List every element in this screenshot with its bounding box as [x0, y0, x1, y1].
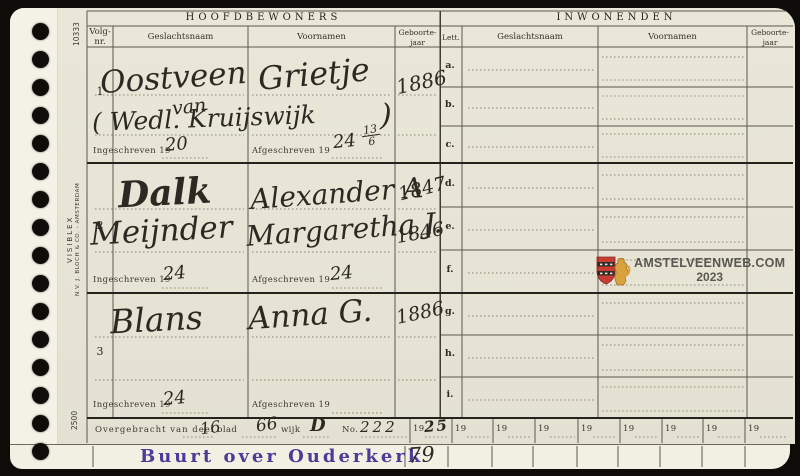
colhead-geboortejaar-left: Geboorte- jaar — [395, 28, 440, 47]
binder-hole — [32, 23, 49, 40]
label-ingeschreven-3: Ingeschreven 19 — [93, 400, 171, 410]
binder-hole — [32, 191, 49, 208]
label-ingeschreven-1: Ingeschreven 19 — [93, 146, 171, 156]
lett-c: c. — [440, 139, 460, 150]
binder-hole — [32, 303, 49, 320]
buurt-stamp: Buurt over Ouderkerk — [140, 446, 423, 467]
label-wijk: wijk — [281, 425, 300, 435]
binder-hole — [32, 163, 49, 180]
amstelveen-crest-icon — [595, 256, 631, 288]
lett-b: b. — [440, 99, 460, 110]
binder-hole — [32, 135, 49, 152]
year-cell-3-label: 19 — [496, 424, 508, 434]
label-overgebracht: Overgebracht van deel — [95, 425, 215, 435]
print-code: 2500 — [70, 411, 79, 430]
hw-year-1: 25 — [423, 416, 449, 436]
label-ingeschreven-2: Ingeschreven 19 — [93, 275, 171, 285]
hw-geslachtsnaam-3: Blans — [109, 298, 204, 342]
watermark-year: 2023 — [634, 270, 785, 284]
colhead-geboortejaar-right: Geboorte- jaar — [747, 28, 793, 47]
year-cell-7-label: 19 — [665, 424, 677, 434]
hw-ingeschreven-3: 24 — [162, 387, 187, 410]
watermark-site: AMSTELVEENWEB.COM — [634, 256, 785, 270]
binder-hole — [32, 107, 49, 124]
year-cell-6-label: 19 — [623, 424, 635, 434]
manufacturer-imprint: VISIBLEX N.V. J. BLOCH & CO. - AMSTERDAM — [66, 183, 82, 296]
binder-hole — [32, 51, 49, 68]
colhead-voornamen-left: Voornamen — [248, 33, 395, 43]
label-blad: blad — [217, 425, 237, 435]
lett-h: h. — [440, 348, 460, 359]
binder-hole — [32, 219, 49, 236]
binder-hole — [32, 247, 49, 264]
volgnr-3: 3 — [88, 345, 112, 358]
section-title-hoofdbewoners: HOOFDBEWONERS — [87, 12, 440, 23]
colhead-geslachtsnaam-left: Geslachtsnaam — [113, 33, 248, 43]
hw-geslachtsnaam-2b: Meijnder — [89, 209, 233, 252]
brand-company: N.V. J. BLOCH & CO. - AMSTERDAM — [74, 183, 82, 296]
year-cell-5-label: 19 — [581, 424, 593, 434]
label-afgeschreven-3: Afgeschreven 19 — [252, 400, 330, 410]
binder-hole — [32, 443, 49, 460]
lett-f: f. — [440, 264, 460, 275]
binder-hole — [32, 331, 49, 348]
binder-hole — [32, 359, 49, 376]
hw-blad: 66 — [255, 414, 279, 437]
hw-afgeschreven-1-datum: 13 6 — [360, 123, 381, 148]
hw-ingeschreven-1: 20 — [164, 133, 189, 156]
year-cell-8-label: 19 — [706, 424, 718, 434]
binder-hole — [32, 79, 49, 96]
hw-wijk: D — [310, 415, 326, 436]
section-title-inwonenden: INWONENDEN — [440, 12, 793, 23]
year-cell-2-label: 19 — [455, 424, 467, 434]
hw-geslachtsnaam-1-paren: ) — [380, 98, 392, 133]
label-afgeschreven-1: Afgeschreven 19 — [252, 146, 330, 156]
colhead-lett: Lett. — [439, 33, 463, 43]
colhead-volgnr: Volg- nr. — [87, 28, 113, 47]
lett-i: i. — [440, 389, 460, 400]
hw-no: 222 — [360, 418, 398, 436]
hw-strip-number: 79 — [407, 442, 435, 468]
form-number: 10333 — [72, 22, 81, 46]
binder-hole — [32, 387, 49, 404]
label-afgeschreven-2: Afgeschreven 19 — [252, 275, 330, 285]
brand-name: VISIBLEX — [66, 183, 74, 296]
hw-geslachtsnaam-2a: Dalk — [117, 170, 212, 217]
binder-hole — [32, 275, 49, 292]
hw-afgeschreven-2: 24 — [329, 262, 354, 285]
colhead-geslachtsnaam-right: Geslachtsnaam — [462, 33, 598, 43]
binder-hole — [32, 415, 49, 432]
year-cell-4-label: 19 — [538, 424, 550, 434]
colhead-voornamen-right: Voornamen — [598, 33, 747, 43]
hw-ingeschreven-2: 24 — [162, 262, 187, 285]
hw-afgeschreven-1: 24 — [332, 130, 357, 153]
year-cell-1-label: 19 — [413, 424, 425, 434]
label-no: No. — [342, 425, 358, 435]
year-cell-9-label: 19 — [748, 424, 760, 434]
scanned-register-card: 10333 VISIBLEX N.V. J. BLOCH & CO. - AMS… — [0, 0, 800, 476]
watermark: AMSTELVEENWEB.COM 2023 — [595, 256, 785, 288]
